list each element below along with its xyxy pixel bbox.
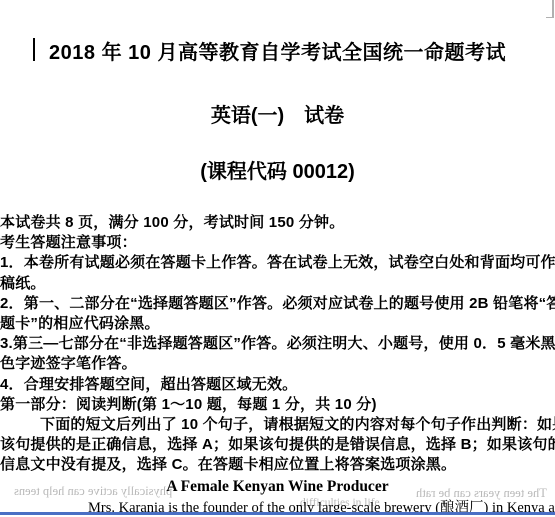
doc-line: 信息文中没有提及，选择 C。在答题卡相应位置上将答案选项涂黑。 xyxy=(0,455,555,475)
bottom-blue-rule xyxy=(0,512,555,515)
doc-line: 第一部分：阅读判断(第 1～10 题，每题 1 分，共 10 分) xyxy=(0,395,555,415)
doc-line: 下面的短文后列出了 10 个句子，请根据短文的内容对每个句子作出判断：如果 xyxy=(0,415,555,435)
doc-line: 3.第三—七部分在“非选择题答题区”作答。必须注明大、小题号，使用 0．5 毫米… xyxy=(0,334,555,354)
doc-line: 该句提供的是正确信息，选择 A；如果该句提供的是错误信息，选择 B；如果该句的 xyxy=(0,435,555,455)
course-code: (课程代码 00012) xyxy=(0,155,555,184)
exam-title: 2018 年 10 月高等教育自学考试全国统一命题考试 xyxy=(0,36,555,65)
doc-line: 题卡”的相应代码涂黑。 xyxy=(0,314,555,334)
doc-line: 本试卷共 8 页，满分 100 分，考试时间 150 分钟。 xyxy=(0,213,555,233)
passage-title: A Female Kenyan Wine Producer xyxy=(0,478,555,496)
doc-line: 1．本卷所有试题必须在答题卡上作答。答在试卷上无效，试卷空白处和背面均可作草 xyxy=(0,253,555,273)
exam-instructions: 本试卷共 8 页，满分 100 分，考试时间 150 分钟。 考生答题注意事项：… xyxy=(0,213,555,475)
doc-line: 2．第一、二部分在“选择题答题区”作答。必须对应试卷上的题号使用 2B 铅笔将“… xyxy=(0,294,555,314)
text-boundary-corner-mark xyxy=(546,0,554,18)
doc-line: 考生答题注意事项： xyxy=(0,233,555,253)
doc-line: 稿纸。 xyxy=(0,274,555,294)
doc-line: 色字迹签字笔作答。 xyxy=(0,354,555,374)
document-page[interactable]: 2018 年 10 月高等教育自学考试全国统一命题考试 英语(一) 试卷 (课程… xyxy=(0,0,555,517)
doc-line: 4．合理安排答题空间，超出答题区域无效。 xyxy=(0,375,555,395)
exam-subject: 英语(一) 试卷 xyxy=(0,99,555,128)
